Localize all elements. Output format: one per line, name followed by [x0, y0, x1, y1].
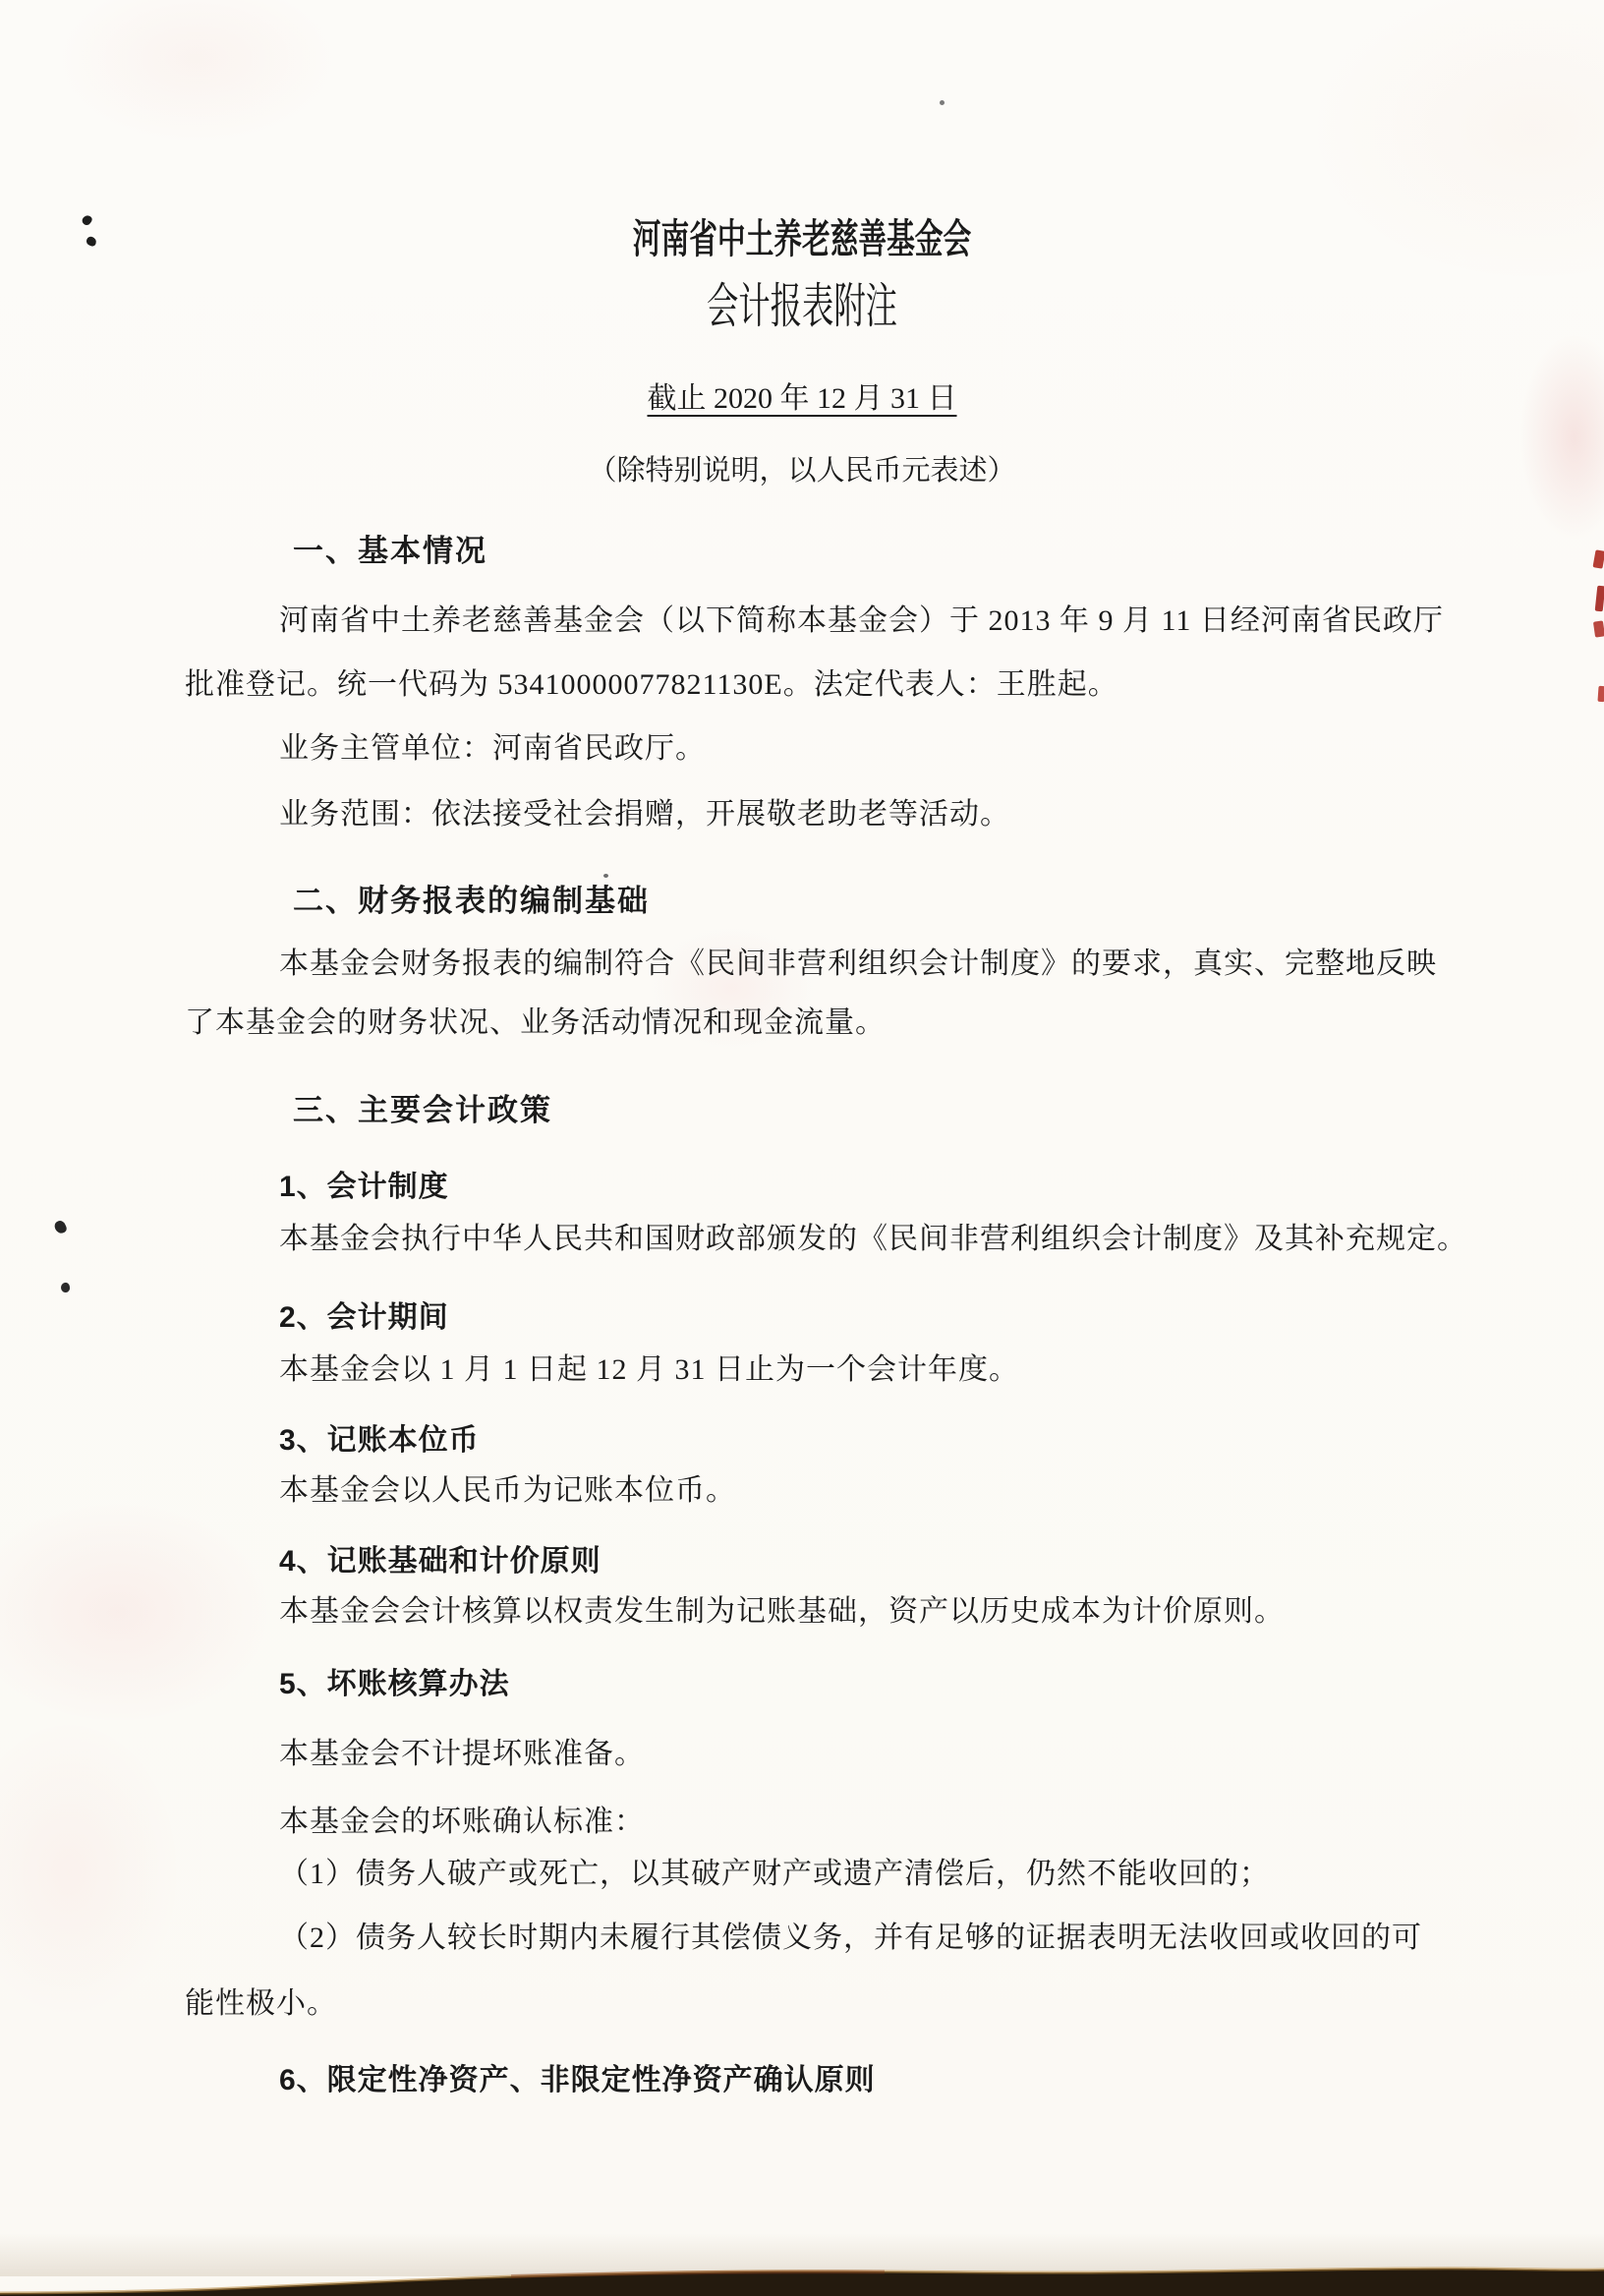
- policy3-body: 本基金会以人民币为记账本位币。: [279, 1474, 736, 1509]
- ink-speck: [940, 100, 945, 105]
- doc-title: 河南省中土养老慈善基金会: [241, 216, 1363, 262]
- policy5-body1: 本基金会不计提坏账准备。: [279, 1738, 645, 1772]
- ink-colon-mark: [86, 236, 97, 248]
- scan-edge-band: [0, 2257, 1604, 2296]
- policy1-heading: 1、会计制度: [279, 1171, 449, 1205]
- section1-para1-line1: 河南省中土养老慈善基金会（以下简称本基金会）于 2013 年 9 月 11 日经…: [279, 604, 1444, 639]
- ink-colon-mark: [81, 213, 93, 226]
- section2-para1-line2: 了本基金会的财务状况、业务活动情况和现金流量。: [185, 1006, 886, 1041]
- section1-heading: 一、基本情况: [293, 534, 487, 569]
- ink-speck: [603, 874, 608, 878]
- ink-smudge: [60, 1282, 71, 1292]
- policy5-body2: 本基金会的坏账确认标准：: [279, 1806, 645, 1840]
- policy4-body: 本基金会会计核算以权责发生制为记账基础，资产以历史成本为计价原则。: [279, 1595, 1285, 1630]
- ink-smudge: [53, 1219, 68, 1234]
- policy5-heading: 5、坏账核算办法: [279, 1668, 510, 1702]
- policy5-item2-line2: 能性极小。: [185, 1987, 337, 2022]
- red-stamp-fragment: [1593, 620, 1604, 637]
- red-stamp-fragment: [1595, 586, 1604, 612]
- policy1-body: 本基金会执行中华人民共和国财政部颁发的《民间非营利组织会计制度》及其补充规定。: [279, 1223, 1467, 1257]
- section1-para1-line2: 批准登记。统一代码为 53410000077821130E。法定代表人：王胜起。: [185, 668, 1118, 703]
- policy5-item2-line1: （2）债务人较长时期内未履行其偿债义务，并有足够的证据表明无法收回或收回的可: [279, 1922, 1422, 1956]
- section3-heading: 三、主要会计政策: [293, 1093, 552, 1128]
- section1-para2: 业务主管单位：河南省民政厅。: [279, 732, 706, 767]
- scanned-document-page: 河南省中土养老慈善基金会会计报表附注截止 2020 年 12 月 31 日（除特…: [0, 0, 1604, 2296]
- policy3-heading: 3、记账本位币: [279, 1424, 480, 1459]
- policy4-heading: 4、记账基础和计价原则: [279, 1545, 601, 1579]
- section2-heading: 二、财务报表的编制基础: [293, 884, 650, 919]
- section1-para3: 业务范围：依法接受社会捐赠，开展敬老助老等活动。: [279, 798, 1010, 832]
- red-stamp-fragment: [1597, 686, 1604, 702]
- policy2-heading: 2、会计期间: [279, 1301, 449, 1336]
- policy6-heading: 6、限定性净资产、非限定性净资产确认原则: [279, 2064, 876, 2098]
- as-of-date: 截止 2020 年 12 月 31 日: [0, 382, 1604, 417]
- currency-note: （除特别说明，以人民币元表述）: [0, 455, 1604, 488]
- red-stamp-fragment: [1593, 549, 1604, 568]
- doc-subtitle: 会计报表附注: [272, 279, 1331, 334]
- section2-para1-line1: 本基金会财务报表的编制符合《民间非营利组织会计制度》的要求，真实、完整地反映: [279, 947, 1437, 982]
- policy5-item1: （1）债务人破产或死亡，以其破产财产或遗产清偿后，仍然不能收回的；: [279, 1858, 1270, 1892]
- policy2-body: 本基金会以 1 月 1 日起 12 月 31 日止为一个会计年度。: [279, 1353, 1019, 1388]
